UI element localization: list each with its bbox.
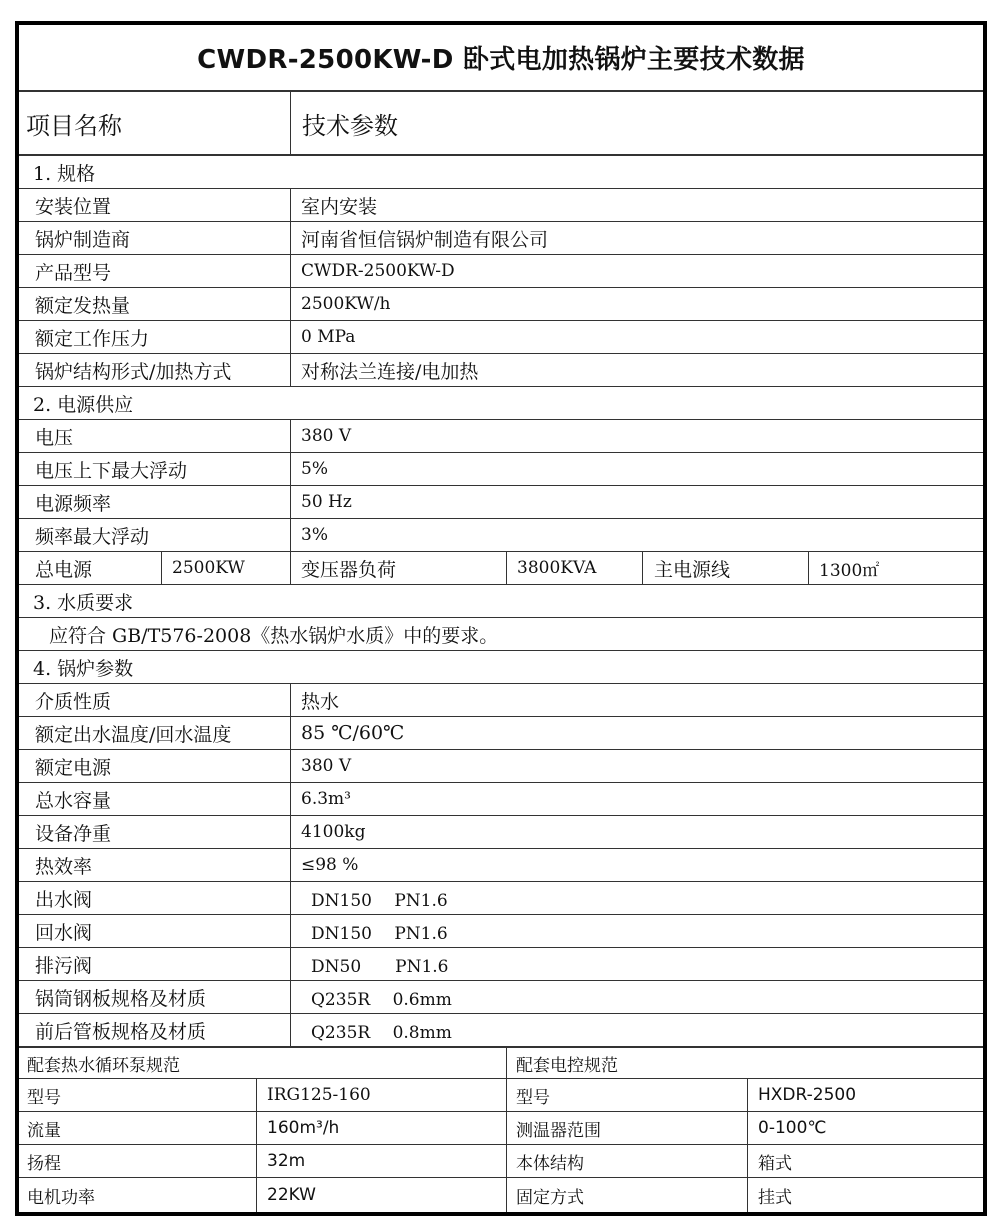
table-row: 安装位置 室内安装 bbox=[19, 189, 983, 222]
table-row: 介质性质 热水 bbox=[19, 684, 983, 717]
table-row: 锅炉结构形式/加热方式 对称法兰连接/电加热 bbox=[19, 354, 983, 387]
row-label: 额定工作压力 bbox=[19, 321, 290, 353]
row-value: DN150 PN1.6 bbox=[290, 882, 983, 914]
row-label: 频率最大浮动 bbox=[19, 519, 290, 551]
row-label: 出水阀 bbox=[19, 882, 290, 914]
control-value: HXDR-2500 bbox=[747, 1079, 983, 1111]
total-power-value: 2500KW bbox=[161, 552, 290, 584]
table-row: 频率最大浮动 3% bbox=[19, 519, 983, 552]
row-label: 锅筒钢板规格及材质 bbox=[19, 981, 290, 1013]
row-value: 5% bbox=[290, 453, 983, 485]
table-row: 锅筒钢板规格及材质 Q235R 0.6mm bbox=[19, 981, 983, 1014]
table-row: 电源频率 50 Hz bbox=[19, 486, 983, 519]
spec-blocks-title-row: 配套热水循环泵规范 配套电控规范 bbox=[19, 1047, 983, 1079]
table-row: 设备净重 4100kg bbox=[19, 816, 983, 849]
row-value: DN50 PN1.6 bbox=[290, 948, 983, 980]
row-value: ≤98 % bbox=[290, 849, 983, 881]
table-row: 型号 IRG125-160 型号 HXDR-2500 bbox=[19, 1079, 983, 1112]
page-title: CWDR-2500KW-D 卧式电加热锅炉主要技术数据 bbox=[19, 25, 983, 90]
row-label: 前后管板规格及材质 bbox=[19, 1014, 290, 1046]
total-power-label: 总电源 bbox=[19, 552, 161, 584]
row-value: Q235R 0.6mm bbox=[290, 981, 983, 1013]
row-value: 2500KW/h bbox=[290, 288, 983, 320]
water-quality-note: 应符合 GB/T576-2008《热水锅炉水质》中的要求。 bbox=[19, 618, 983, 650]
row-label: 电源频率 bbox=[19, 486, 290, 518]
row-value: 380 V bbox=[290, 750, 983, 782]
table-row: 前后管板规格及材质 Q235R 0.8mm bbox=[19, 1014, 983, 1047]
row-value: 380 V bbox=[290, 420, 983, 452]
row-label: 额定发热量 bbox=[19, 288, 290, 320]
main-line-value: 1300㎡ bbox=[808, 552, 983, 584]
pump-value: 160m³/h bbox=[256, 1112, 506, 1144]
row-value: 热水 bbox=[290, 684, 983, 716]
table-row: 扬程 32m 本体结构 箱式 bbox=[19, 1145, 983, 1178]
table-row: 回水阀 DN150 PN1.6 bbox=[19, 915, 983, 948]
header-item-name: 项目名称 bbox=[19, 92, 290, 154]
main-line-label: 主电源线 bbox=[642, 552, 808, 584]
control-value: 0-100℃ bbox=[747, 1112, 983, 1144]
table-row: 总水容量 6.3m³ bbox=[19, 783, 983, 816]
row-label: 锅炉结构形式/加热方式 bbox=[19, 354, 290, 386]
note-row: 应符合 GB/T576-2008《热水锅炉水质》中的要求。 bbox=[19, 618, 983, 651]
pump-value: IRG125-160 bbox=[256, 1079, 506, 1111]
row-value: 50 Hz bbox=[290, 486, 983, 518]
header-row: 项目名称 技术参数 bbox=[19, 92, 983, 156]
row-value: 0 MPa bbox=[290, 321, 983, 353]
row-value: 对称法兰连接/电加热 bbox=[290, 354, 983, 386]
row-value: 6.3m³ bbox=[290, 783, 983, 815]
row-label: 额定出水温度/回水温度 bbox=[19, 717, 290, 749]
table-row: 电压 380 V bbox=[19, 420, 983, 453]
pump-label: 电机功率 bbox=[19, 1178, 256, 1212]
table-row: 产品型号 CWDR-2500KW-D bbox=[19, 255, 983, 288]
row-value: 室内安装 bbox=[290, 189, 983, 221]
row-label: 产品型号 bbox=[19, 255, 290, 287]
table-row: 电压上下最大浮动 5% bbox=[19, 453, 983, 486]
section-title-row: 4. 锅炉参数 bbox=[19, 651, 983, 684]
row-label: 热效率 bbox=[19, 849, 290, 881]
row-label: 回水阀 bbox=[19, 915, 290, 947]
section-title-row: 2. 电源供应 bbox=[19, 387, 983, 420]
table-row: 额定电源 380 V bbox=[19, 750, 983, 783]
section-title-row: 3. 水质要求 bbox=[19, 585, 983, 618]
table-row: 流量 160m³/h 测温器范围 0-100℃ bbox=[19, 1112, 983, 1145]
table-row: 电机功率 22KW 固定方式 挂式 bbox=[19, 1178, 983, 1212]
section-title-row: 1. 规格 bbox=[19, 156, 983, 189]
title-row: CWDR-2500KW-D 卧式电加热锅炉主要技术数据 bbox=[19, 25, 983, 92]
table-row: 额定发热量 2500KW/h bbox=[19, 288, 983, 321]
row-label: 锅炉制造商 bbox=[19, 222, 290, 254]
section-2-title: 2. 电源供应 bbox=[19, 387, 983, 419]
row-value: 3% bbox=[290, 519, 983, 551]
row-value: 4100kg bbox=[290, 816, 983, 848]
spec-table: CWDR-2500KW-D 卧式电加热锅炉主要技术数据 项目名称 技术参数 1.… bbox=[15, 21, 987, 1216]
power-row: 总电源 2500KW 变压器负荷 3800KVA 主电源线 1300㎡ bbox=[19, 552, 983, 585]
row-label: 安装位置 bbox=[19, 189, 290, 221]
control-spec-title: 配套电控规范 bbox=[506, 1048, 983, 1078]
table-row: 锅炉制造商 河南省恒信锅炉制造有限公司 bbox=[19, 222, 983, 255]
pump-label: 型号 bbox=[19, 1079, 256, 1111]
section-1-title: 1. 规格 bbox=[19, 156, 983, 188]
row-value: 85 ℃/60℃ bbox=[290, 717, 983, 749]
control-label: 本体结构 bbox=[506, 1145, 747, 1177]
control-label: 型号 bbox=[506, 1079, 747, 1111]
row-label: 排污阀 bbox=[19, 948, 290, 980]
transformer-value: 3800KVA bbox=[506, 552, 642, 584]
pump-value: 22KW bbox=[256, 1178, 506, 1212]
control-label: 固定方式 bbox=[506, 1178, 747, 1212]
row-value: 河南省恒信锅炉制造有限公司 bbox=[290, 222, 983, 254]
control-value: 箱式 bbox=[747, 1145, 983, 1177]
transformer-label: 变压器负荷 bbox=[290, 552, 506, 584]
section-3-title: 3. 水质要求 bbox=[19, 585, 983, 617]
header-tech-params: 技术参数 bbox=[290, 92, 983, 154]
table-row: 额定工作压力 0 MPa bbox=[19, 321, 983, 354]
control-label: 测温器范围 bbox=[506, 1112, 747, 1144]
table-row: 额定出水温度/回水温度 85 ℃/60℃ bbox=[19, 717, 983, 750]
row-label: 电压 bbox=[19, 420, 290, 452]
section-4-title: 4. 锅炉参数 bbox=[19, 651, 983, 683]
pump-label: 流量 bbox=[19, 1112, 256, 1144]
row-value: DN150 PN1.6 bbox=[290, 915, 983, 947]
row-label: 设备净重 bbox=[19, 816, 290, 848]
row-label: 介质性质 bbox=[19, 684, 290, 716]
row-value: Q235R 0.8mm bbox=[290, 1014, 983, 1046]
table-row: 热效率 ≤98 % bbox=[19, 849, 983, 882]
row-value: CWDR-2500KW-D bbox=[290, 255, 983, 287]
control-value: 挂式 bbox=[747, 1178, 983, 1212]
row-label: 电压上下最大浮动 bbox=[19, 453, 290, 485]
pump-label: 扬程 bbox=[19, 1145, 256, 1177]
row-label: 总水容量 bbox=[19, 783, 290, 815]
row-label: 额定电源 bbox=[19, 750, 290, 782]
pump-value: 32m bbox=[256, 1145, 506, 1177]
table-row: 出水阀 DN150 PN1.6 bbox=[19, 882, 983, 915]
table-row: 排污阀 DN50 PN1.6 bbox=[19, 948, 983, 981]
pump-spec-title: 配套热水循环泵规范 bbox=[19, 1048, 506, 1078]
